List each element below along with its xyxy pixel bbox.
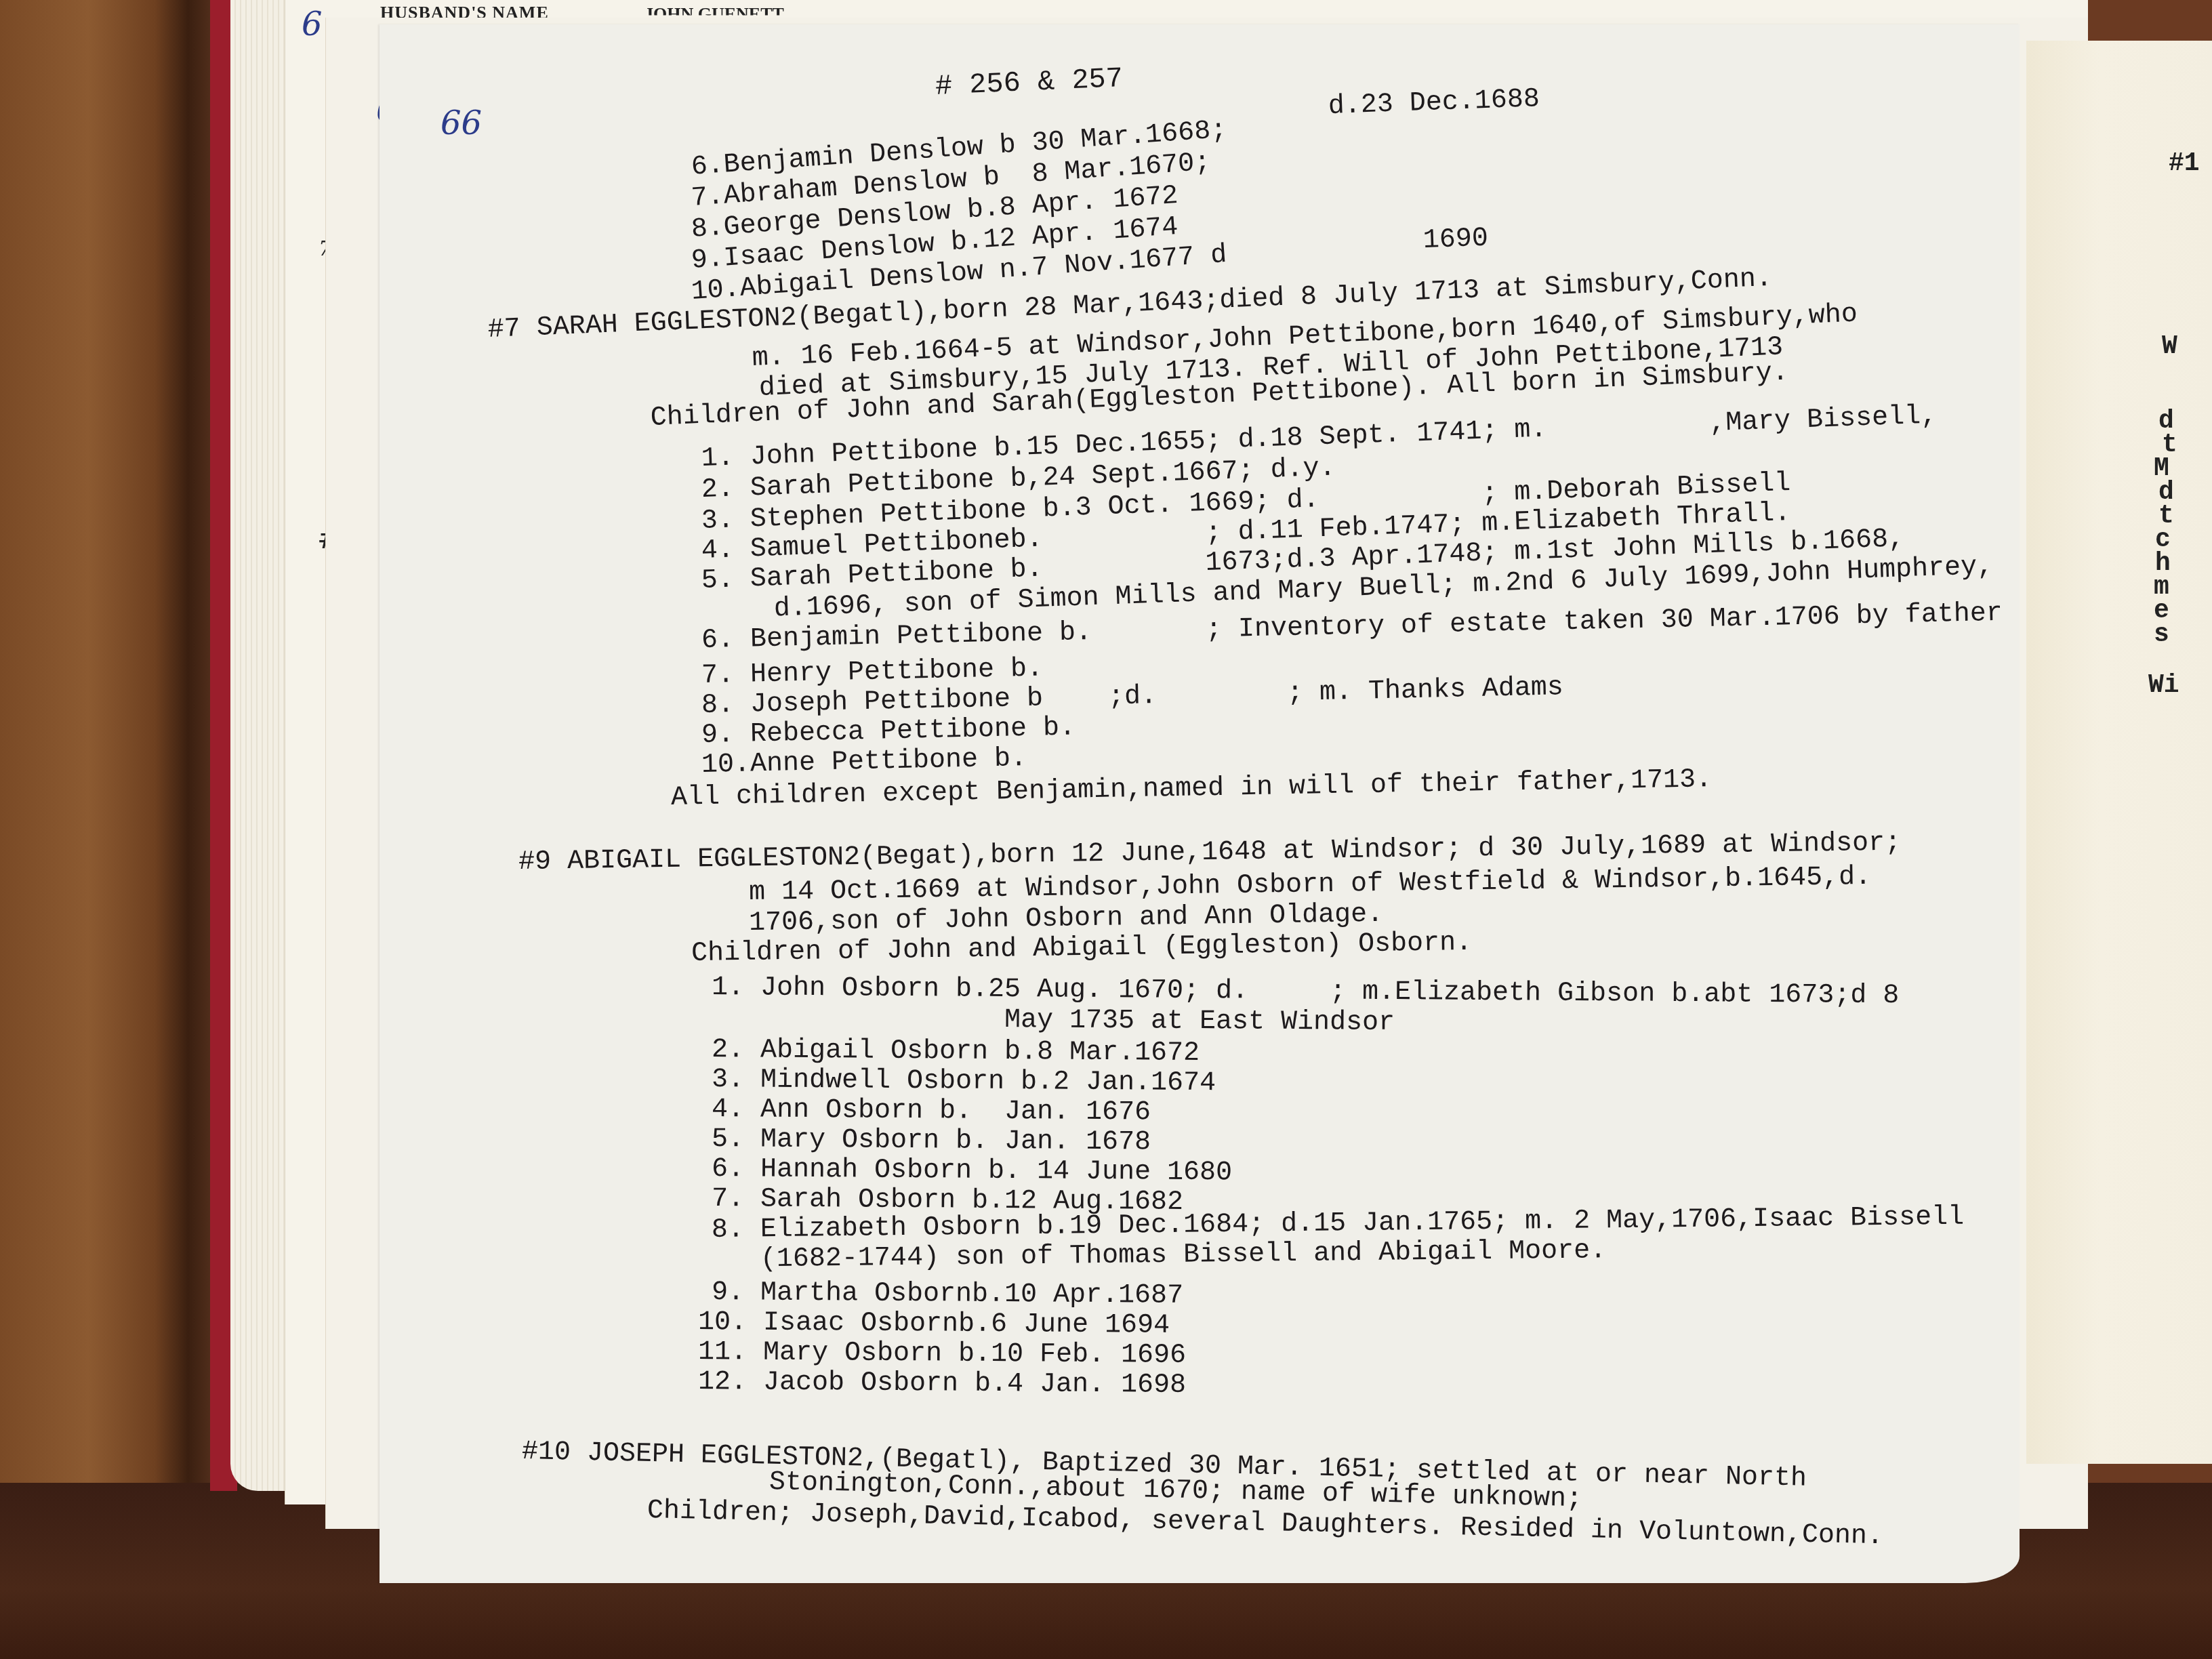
child-list-item: 2. Abigail Osborn b.8 Mar.1672 (712, 1036, 1200, 1069)
child-list-item: 11. Mary Osborn b.10 Feb. 1696 (698, 1338, 1186, 1371)
child-list-item: May 1735 at East Windsor (712, 1004, 1395, 1038)
right-page-text-fragment: W (2162, 332, 2177, 361)
right-page-text-fragment: Wi (2148, 671, 2179, 700)
page-header: # 256 & 257 (935, 64, 1124, 102)
right-page-text-fragment: #1 (2169, 149, 2200, 178)
child-list-item: 10.Anne Pettibone b. (701, 744, 1027, 781)
handwritten-mark: 6 (302, 5, 323, 43)
typed-genealogy-page: 66 # 256 & 2576.Benjamin Denslow b 30 Ma… (380, 24, 2020, 1583)
list-item-note: 1690 (1422, 224, 1488, 256)
child-list-item: 5. Mary Osborn b. Jan. 1678 (712, 1125, 1151, 1158)
child-list-item: 10. Isaac Osbornb.6 June 1694 (698, 1308, 1170, 1341)
right-page-text-fragment: s (2154, 620, 2169, 649)
list-item-note: d.23 Dec.1688 (1328, 85, 1540, 122)
child-list-item: 4. Ann Osborn b. Jan. 1676 (712, 1095, 1151, 1128)
right-facing-page: #1WdtMdtchmesWi (2026, 41, 2212, 1464)
child-list-item: 3. Mindwell Osborn b.2 Jan.1674 (712, 1065, 1216, 1099)
child-list-item: 12. Jacob Osborn b.4 Jan. 1698 (698, 1368, 1186, 1401)
page-content: # 256 & 2576.Benjamin Denslow b 30 Mar.1… (380, 24, 2020, 1583)
child-list-item: 6. Hannah Osborn b. 14 June 1680 (712, 1155, 1232, 1188)
child-list-item: 9. Martha Osbornb.10 Apr.1687 (712, 1278, 1183, 1311)
